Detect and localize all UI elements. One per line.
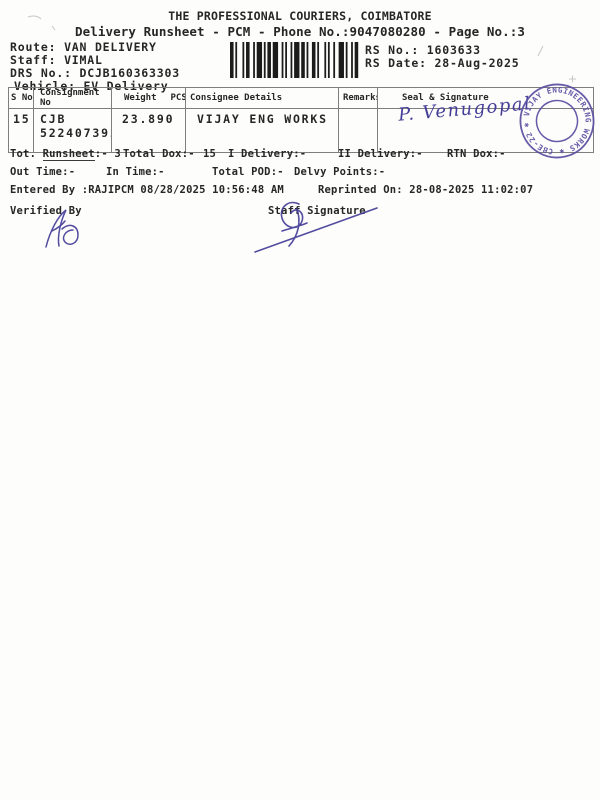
i-delivery-label: I Delivery:- [228, 148, 306, 160]
reprinted-on-line: Reprinted On: 28-08-2025 11:02:07 [318, 184, 533, 196]
cell-weight-pcs: 23.8901 [112, 109, 186, 153]
in-time-label: In Time:- [106, 166, 165, 178]
verified-by-label: Verified By [10, 205, 82, 217]
total-dox-value: 15 [203, 148, 216, 160]
total-pod-label: Total POD:- [212, 166, 284, 178]
staff-line: Staff: VIMAL [10, 53, 103, 67]
tot-runsheet: Tot. Runsheet:- 3 [10, 148, 121, 160]
drs-no-line: DRS No.: DCJB160363303 [10, 66, 180, 80]
barcode [230, 42, 360, 78]
cell-remarks [339, 109, 378, 153]
cell-consignment-no: CJB 522407391 [34, 109, 112, 153]
rs-date-line: RS Date: 28-Aug-2025 [365, 56, 519, 70]
col-s-no: S No [9, 88, 34, 109]
cell-s-no: 15 [9, 109, 34, 153]
rs-no-line: RS No.: 1603633 [365, 43, 481, 57]
company-title: THE PROFESSIONAL COURIERS, COIMBATORE [0, 9, 600, 23]
route-line: Route: VAN DELIVERY [10, 40, 157, 54]
document-page: THE PROFESSIONAL COURIERS, COIMBATORE De… [0, 0, 600, 800]
col-consignment-no: Consignment No [34, 88, 112, 109]
col-weight-pcs: WeightPCS [112, 88, 186, 109]
col-remarks: Remarks [339, 88, 378, 109]
ii-delivery-label: II Delivery:- [338, 148, 423, 160]
rtn-dox-label: RTN Dox:- [447, 148, 506, 160]
col-consignee-details: Consignee Details [186, 88, 339, 109]
out-time-label: Out Time:- [10, 166, 75, 178]
cell-consignee: VIJAY ENG WORKS [186, 109, 339, 153]
runsheet-subtitle: Delivery Runsheet - PCM - Phone No.:9047… [0, 24, 600, 39]
entered-by-line: Entered By :RAJIPCM 08/28/2025 10:56:48 … [10, 184, 284, 196]
delvy-points-label: Delvy Points:- [294, 166, 385, 178]
total-dox-label: Total Dox:- [123, 148, 195, 160]
staff-signature-label: Staff Signature [268, 205, 366, 217]
